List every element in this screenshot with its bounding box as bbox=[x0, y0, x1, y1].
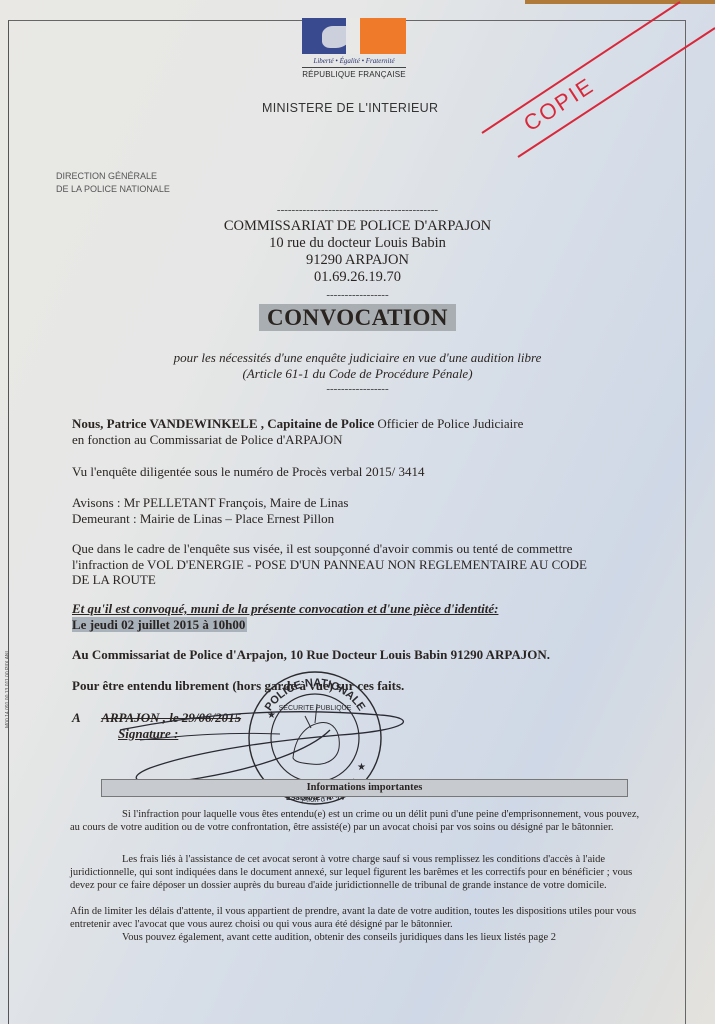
info-paragraph-2: Les frais liés à l'assistance de cet avo… bbox=[70, 853, 640, 892]
title-wrap: CONVOCATION bbox=[0, 304, 715, 331]
tricolor-flag-icon bbox=[302, 18, 406, 54]
background-wood-edge bbox=[525, 0, 715, 4]
commissariat-street: 10 rue du docteur Louis Babin bbox=[0, 235, 715, 252]
separator: ----------------- bbox=[0, 290, 715, 300]
info-title-box: Informations importantes bbox=[101, 779, 628, 797]
commissariat-city: 91290 ARPAJON bbox=[0, 252, 715, 269]
officer-line-2: en fonction au Commissariat de Police d'… bbox=[72, 432, 632, 448]
separator: ----------------- bbox=[0, 384, 715, 394]
commissariat-name: COMMISSARIAT DE POLICE D'ARPAJON bbox=[0, 218, 715, 235]
info-text-1: Si l'infraction pour laquelle vous êtes … bbox=[70, 809, 639, 833]
suspect-line-3: DE LA ROUTE bbox=[72, 572, 652, 588]
signature-label: Signature : bbox=[118, 726, 678, 742]
officer-name: Nous, Patrice VANDEWINKELE , Capitaine d… bbox=[72, 416, 374, 431]
suspect-line-1: Que dans le cadre de l'enquête sus visée… bbox=[72, 541, 652, 557]
marianne-icon bbox=[322, 26, 350, 48]
convoque-line: Et qu'il est convoqué, muni de la présen… bbox=[72, 601, 632, 617]
margin-form-code: M00 14 091 00 13 011 00 PIIX ANI bbox=[5, 651, 11, 728]
info-paragraph-4: Vous pouvez également, avant cette audit… bbox=[70, 931, 640, 944]
info-paragraph-1: Si l'infraction pour laquelle vous êtes … bbox=[70, 808, 640, 834]
convocation-location: Au Commissariat de Police d'Arpajon, 10 … bbox=[72, 647, 672, 663]
info-paragraph-3: Afin de limiter les délais d'attente, il… bbox=[70, 905, 640, 931]
commissariat-phone: 01.69.26.19.70 bbox=[0, 269, 715, 286]
officer-title: Officier de Police Judiciaire bbox=[374, 416, 523, 431]
direction-line-2: DE LA POLICE NATIONALE bbox=[56, 183, 170, 196]
purpose-line-2: (Article 61-1 du Code de Procédure Pénal… bbox=[0, 366, 715, 382]
infraction-paragraph: Que dans le cadre de l'enquête sus visée… bbox=[72, 541, 652, 588]
info-text-2: Les frais liés à l'assistance de cet avo… bbox=[70, 854, 632, 891]
republique-francaise-logo: Liberté • Égalité • Fraternité RÉPUBLIQU… bbox=[302, 18, 406, 79]
ministere-heading: MINISTERE DE L'INTERIEUR bbox=[262, 101, 438, 115]
purpose-line-1: pour les nécessités d'une enquête judici… bbox=[0, 350, 715, 366]
pv-reference: Vu l'enquête diligentée sous le numéro d… bbox=[72, 464, 632, 480]
place-date-line: A ARPAJON , le 29/06/2015 bbox=[72, 710, 632, 726]
purpose-block: pour les nécessités d'une enquête judici… bbox=[0, 350, 715, 394]
demeurant-line: Demeurant : Mairie de Linas – Place Erne… bbox=[72, 511, 632, 527]
logo-republique: RÉPUBLIQUE FRANÇAISE bbox=[302, 70, 406, 79]
place-date: ARPAJON , le 29/06/2015 bbox=[101, 710, 241, 725]
officer-paragraph: Nous, Patrice VANDEWINKELE , Capitaine d… bbox=[72, 416, 632, 447]
separator: ----------------------------------------… bbox=[0, 205, 715, 215]
document-title: CONVOCATION bbox=[259, 304, 456, 331]
suspect-line-2: l'infraction de VOL D'ENERGIE - POSE D'U… bbox=[72, 557, 652, 573]
logo-motto: Liberté • Égalité • Fraternité bbox=[302, 57, 406, 65]
commissariat-block: ----------------------------------------… bbox=[0, 205, 715, 303]
recipient-block: Avisons : Mr PELLETANT François, Maire d… bbox=[72, 495, 632, 526]
direction-label: DIRECTION GÉNÉRALE DE LA POLICE NATIONAL… bbox=[56, 170, 170, 196]
entendu-line: Pour être entendu librement (hors garde … bbox=[72, 678, 632, 694]
info-text-4: Vous pouvez également, avant cette audit… bbox=[122, 932, 556, 943]
avisons-line: Avisons : Mr PELLETANT François, Maire d… bbox=[72, 495, 632, 511]
direction-line-1: DIRECTION GÉNÉRALE bbox=[56, 170, 170, 183]
convocation-block: Et qu'il est convoqué, muni de la présen… bbox=[72, 601, 632, 632]
convocation-date: Le jeudi 02 juillet 2015 à 10h00 bbox=[72, 617, 247, 632]
place-a: A bbox=[72, 710, 80, 725]
